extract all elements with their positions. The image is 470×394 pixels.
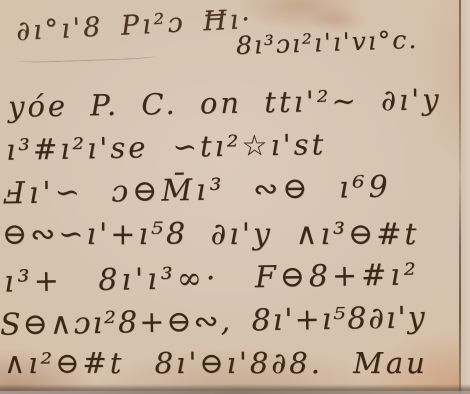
adjacent-page-strip — [461, 0, 470, 394]
cipher-line-8: S⊖∧ɔı²8+⊖∾, 8ı'+ı⁵8∂ı'y — [0, 300, 427, 342]
cipher-line-2: 8ı³ɔı²ı'ı'vı°c. — [236, 25, 419, 60]
cipher-line-4: ı³#ı²ı'se ∽tı²☆ı'st — [6, 127, 327, 167]
cipher-line-9: ∧ı²⊖#t 8ı'⊖ı'8∂8. Mau — [4, 346, 428, 380]
page-edge-line — [459, 0, 461, 394]
cipher-line-7: ı³+ 8ı'ı³∞· F⊖8+#ı² — [4, 257, 420, 299]
manuscript-page: ∂ı°ı'8 Pı²ɔ Ħı· 8ı³ɔı²ı'ı'vı°c. yóe P. C… — [0, 0, 470, 394]
cipher-line-1: ∂ı°ı'8 Pı²ɔ Ħı· — [15, 4, 253, 47]
pen-underline — [18, 54, 156, 64]
cipher-line-6: ⊖∾∽ı'+ı⁵8 ∂ı'y ∧ı³⊖#t — [2, 217, 419, 252]
cipher-line-3: yóe P. C. on ttı'²∼ ∂ı'y — [8, 82, 442, 124]
cipher-line-5: Ⅎı'∽ ɔ⊖M̄ı³ ∾⊖ ı⁶9 — [4, 170, 392, 212]
